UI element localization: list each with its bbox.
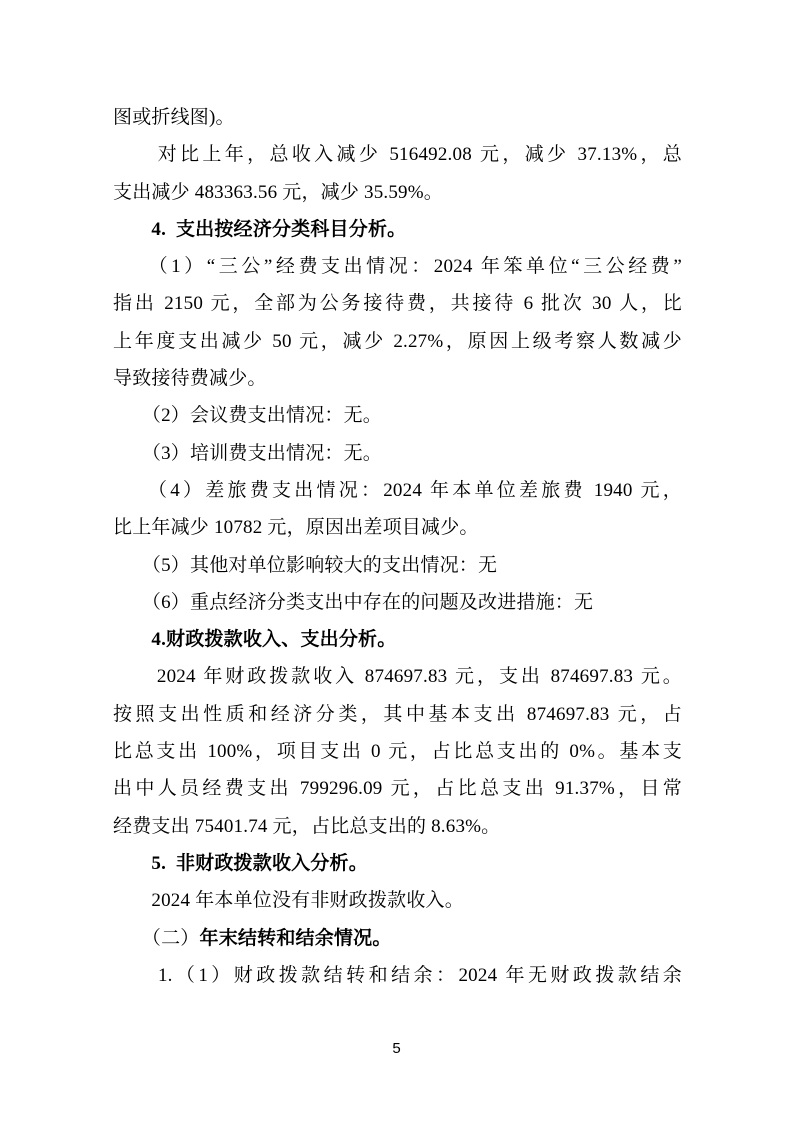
text-line: （3）培训费支出情况：无。 (113, 435, 682, 472)
text-line: （6）重点经济分类支出中存在的问题及改进措施：无 (113, 584, 682, 621)
section-heading-expenditure-by-category: 4. 支出按经济分类科目分析。 (113, 211, 682, 248)
document-page: 图或折线图)。 对比上年，总收入减少 516492.08 元，减少 37.13%… (0, 0, 793, 1122)
section-heading-year-end-balance: （二）年末结转和结余情况。 (113, 920, 682, 957)
text-line: 指出 2150 元，全部为公务接待费，共接待 6 批次 30 人，比 (113, 285, 682, 322)
text-line: 对比上年，总收入减少 516492.08 元，减少 37.13%，总 (113, 136, 682, 173)
text-line: 比总支出 100%，项目支出 0 元，占比总支出的 0%。基本支 (113, 733, 682, 770)
heading-text: 年末结转和结余情况。 (200, 928, 392, 949)
text-line: （2）会议费支出情况：无。 (113, 397, 682, 434)
text-line: 2024 年本单位没有非财政拨款收入。 (113, 882, 682, 919)
text-line: 图或折线图)。 (113, 99, 682, 136)
text-line: 经费支出 75401.74 元，占比总支出的 8.63%。 (113, 808, 682, 845)
text-line: （5）其他对单位影响较大的支出情况：无 (113, 547, 682, 584)
text-line: （4）差旅费支出情况：2024 年本单位差旅费 1940 元， (113, 472, 682, 509)
text-line: 导致接待费减少。 (113, 360, 682, 397)
page-number: 5 (0, 1040, 793, 1058)
text-line: 上年度支出减少 50 元，减少 2.27%，原因上级考察人数减少 (113, 323, 682, 360)
heading-prefix: （二） (113, 928, 200, 949)
section-heading-fiscal-appropriation: 4.财政拨款收入、支出分析。 (113, 621, 682, 658)
text-line: （1）“三公”经费支出情况：2024 年笨单位“三公经费” (113, 248, 682, 285)
text-line: 2024 年财政拨款收入 874697.83 元，支出 874697.83 元。 (113, 658, 682, 695)
text-line: 按照支出性质和经济分类，其中基本支出 874697.83 元，占 (113, 696, 682, 733)
section-heading-non-fiscal-income: 5. 非财政拨款收入分析。 (113, 845, 682, 882)
page-body-text: 图或折线图)。 对比上年，总收入减少 516492.08 元，减少 37.13%… (113, 99, 682, 994)
text-line: 比上年减少 10782 元，原因出差项目减少。 (113, 509, 682, 546)
text-line: 支出减少 483363.56 元，减少 35.59%。 (113, 174, 682, 211)
text-line: 出中人员经费支出 799296.09 元，占比总支出 91.37%，日常 (113, 770, 682, 807)
text-line: 1.（1）财政拨款结转和结余：2024 年无财政拨款结余 (113, 957, 682, 994)
